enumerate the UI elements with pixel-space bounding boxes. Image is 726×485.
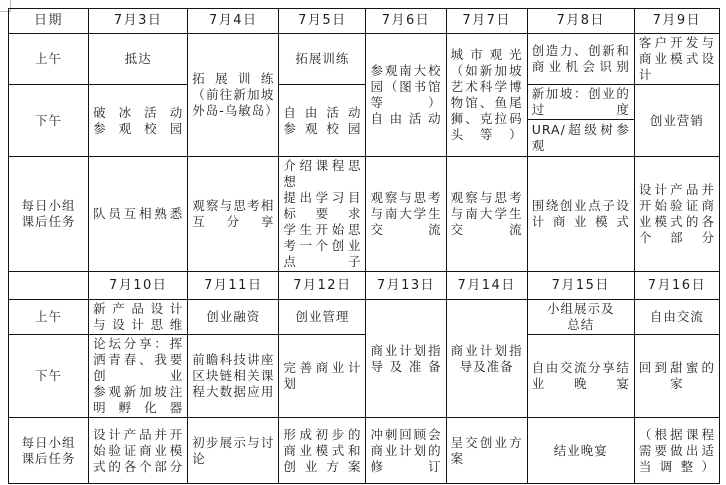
cell-week1-allday-jul7: 城市观光（如新加坡艺术科学博物馆、鱼尾狮、克拉码头等）: [446, 34, 527, 157]
cell-week1-afternoon-jul3: 破冰活动 参观校园: [89, 85, 188, 157]
cell-week1-morning-jul5: 拓展训练: [279, 34, 366, 85]
cell-week2-task-jul11: 初步展示与讨论: [188, 418, 279, 484]
cell-week2-allday-jul13: 商业计划指导及准备: [366, 300, 446, 418]
header-jul10: 7月10日: [89, 272, 188, 300]
cell-week2-afternoon-jul11: 前瞻科技讲座 区块链相关课程大数据应用: [188, 335, 279, 418]
cell-week1-task-jul3: 队员互相熟悉: [89, 157, 188, 272]
cell-week2-task-jul10: 设计产品并开始验证商业模式的各个部分: [89, 418, 188, 484]
cell-week2-allday-jul14: 商业计划指导及准备: [446, 300, 527, 418]
cell-week2-afternoon-jul15: 自由交流分享结业晚宴: [527, 335, 634, 418]
header-jul11: 7月11日: [188, 272, 279, 300]
cell-week2-morning-jul12: 创业管理: [279, 300, 366, 335]
header-jul5: 7月5日: [279, 9, 366, 34]
cell-week1-allday-jul6: 参观南大校园（图书馆等） 自由活动: [366, 34, 446, 157]
week1-task-row: 每日小组 课后任务 队员互相熟悉 观察与思考相互分享 介绍课程思想 提出学习目标…: [9, 157, 720, 272]
cell-week1-task-jul7: 观察与思考 与南大学生交流: [446, 157, 527, 272]
cell-week2-morning-jul15: 小组展示及 总结: [527, 300, 634, 335]
week2-morning-row: 上午 新产品设计 与设计思维 创业融资 创业管理 商业计划指导及准备 商业计划指…: [9, 300, 720, 335]
cell-week2-afternoon-jul10: 论坛分享：挥洒青春、我要创业 参观新加坡注明孵化器: [89, 335, 188, 418]
date-header-cell: 日期: [9, 9, 89, 34]
cell-week2-morning-jul10: 新产品设计 与设计思维: [89, 300, 188, 335]
cell-week1-task-jul4: 观察与思考相互分享: [188, 157, 279, 272]
week1-afternoon-row: 下午 破冰活动 参观校园 自由活动 参观校园 新加坡：创业的过度 创业营销: [9, 85, 720, 120]
week2-afternoon-row: 下午 论坛分享：挥洒青春、我要创业 参观新加坡注明孵化器 前瞻科技讲座 区块链相…: [9, 335, 720, 418]
cell-week2-task-jul13: 冲刺回顾会 商业计划的修订: [366, 418, 446, 484]
header-jul9: 7月9日: [634, 9, 719, 34]
week2-afternoon-label: 下午: [9, 335, 89, 418]
week1-task-label: 每日小组 课后任务: [9, 157, 89, 272]
cell-week1-task-jul8: 围绕创业点子设计商业模式: [527, 157, 634, 272]
cell-week2-task-jul12: 形成初步的商业模式和创业方案: [279, 418, 366, 484]
cell-week2-task-jul15: 结业晚宴: [527, 418, 634, 484]
week1-morning-row: 上午 抵达 拓展训练 （前往新加坡外岛-乌敏岛） 拓展训练 参观南大校园（图书馆…: [9, 34, 720, 85]
header-jul3: 7月3日: [89, 9, 188, 34]
cell-week1-morning-jul9: 客户开发与商业模式设计: [634, 34, 719, 85]
cell-week2-morning-jul11: 创业融资: [188, 300, 279, 335]
week1-afternoon-label: 下午: [9, 85, 89, 157]
cell-week2-afternoon-jul16: 回到甜蜜的家: [634, 335, 719, 418]
week2-morning-label: 上午: [9, 300, 89, 335]
header-jul7: 7月7日: [446, 9, 527, 34]
week1-header-row: 日期 7月3日 7月4日 7月5日 7月6日 7月7日 7月8日 7月9日: [9, 9, 720, 34]
header-jul4: 7月4日: [188, 9, 279, 34]
cell-week2-task-jul14: 呈交创业方案: [446, 418, 527, 484]
cell-week1-allday-jul4: 拓展训练 （前往新加坡外岛-乌敏岛）: [188, 34, 279, 157]
week1-morning-label: 上午: [9, 34, 89, 85]
cell-week1-afternoon-jul9: 创业营销: [634, 85, 719, 157]
cell-week1-task-jul9: 设计产品并开始验证商业模式的各个部分: [634, 157, 719, 272]
header-jul15: 7月15日: [527, 272, 634, 300]
week2-header-row: 7月10日 7月11日 7月12日 7月13日 7月14日 7月15日 7月16…: [9, 272, 720, 300]
week2-header-empty-cell: [9, 272, 89, 300]
header-jul14: 7月14日: [446, 272, 527, 300]
cell-week2-task-jul16: （根据课程需要做出适当调整）: [634, 418, 719, 484]
cell-week1-afternoon-jul5: 自由活动 参观校园: [279, 85, 366, 157]
cell-week1-morning-jul3: 抵达: [89, 34, 188, 85]
cell-week1-morning-jul8: 创造力、创新和商业机会识别: [527, 34, 634, 85]
schedule-table: 日期 7月3日 7月4日 7月5日 7月6日 7月7日 7月8日 7月9日 上午…: [8, 8, 720, 484]
cell-week1-afternoon-jul8-part1: 新加坡：创业的过度: [527, 85, 634, 120]
header-jul13: 7月13日: [366, 272, 446, 300]
cell-week1-task-jul5: 介绍课程思想 提出学习目标要求 学生开始思考一个创业点子: [279, 157, 366, 272]
cell-week1-afternoon-jul8-part2: URA/超级树参观: [527, 120, 634, 157]
header-jul6: 7月6日: [366, 9, 446, 34]
week2-task-row: 每日小组 课后任务 设计产品并开始验证商业模式的各个部分 初步展示与讨论 形成初…: [9, 418, 720, 484]
header-jul8: 7月8日: [527, 9, 634, 34]
cell-week2-afternoon-jul12: 完善商业计划: [279, 335, 366, 418]
header-jul12: 7月12日: [279, 272, 366, 300]
cell-week1-task-jul6: 观察与思考 与南大学生交流: [366, 157, 446, 272]
cell-week2-morning-jul16: 自由交流: [634, 300, 719, 335]
week2-task-label: 每日小组 课后任务: [9, 418, 89, 484]
header-jul16: 7月16日: [634, 272, 719, 300]
